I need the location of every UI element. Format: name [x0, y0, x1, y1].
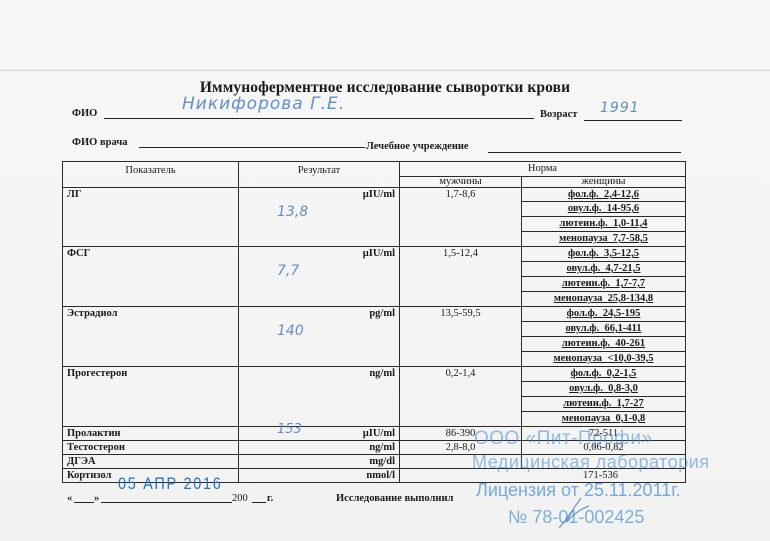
- header-women: женщины: [522, 177, 686, 188]
- result-cell[interactable]: ng/ml: [239, 441, 400, 455]
- document-title: Иммуноферментное исследование сыворотки …: [0, 79, 770, 97]
- institution-label: Лечебное учреждение: [366, 141, 469, 152]
- men-norm: 13,5-59,5: [400, 307, 522, 367]
- indicator-name: ЛГ: [63, 188, 239, 247]
- women-norm: менопауза 25,8-134,8: [522, 292, 686, 307]
- header-result: Результат: [239, 162, 400, 188]
- phase-range: 2,4-12,6: [604, 189, 639, 200]
- date-open-quote: «: [67, 493, 72, 504]
- women-norm: овул.ф. 0,8-3,0: [522, 382, 686, 397]
- phase-range: 0,1-0,8: [616, 413, 646, 424]
- date-month-blank[interactable]: [101, 490, 232, 503]
- unit-label: µIU/ml: [243, 247, 395, 260]
- unit-label: ng/ml: [243, 367, 395, 380]
- phase-range: 24,5-195: [603, 308, 641, 319]
- result-value[interactable]: 153: [277, 423, 302, 436]
- unit-label: mg/dl: [243, 455, 395, 468]
- phase-label: фол.ф.: [571, 368, 607, 379]
- phase-label: овул.ф.: [569, 383, 608, 394]
- women-norm: фол.ф. 2,4-12,6: [522, 188, 686, 202]
- phase-label: лютеин.ф.: [560, 218, 613, 229]
- page-edge-line: [0, 70, 770, 71]
- phase-range: 1,7-7,7: [615, 278, 645, 289]
- phase-range: <10,0-39,5: [607, 353, 653, 364]
- women-norm: лютеин.ф. 1,0-11,4: [522, 217, 686, 232]
- women-norm: лютеин.ф. 1,7-7,7: [522, 277, 686, 292]
- phase-label: фол.ф.: [567, 308, 603, 319]
- phase-label: овул.ф.: [567, 263, 606, 274]
- women-norm: овул.ф. 4,7-21,5: [522, 262, 686, 277]
- phase-label: фол.ф.: [568, 189, 604, 200]
- unit-label: nmol/l: [243, 469, 395, 482]
- women-norm: овул.ф. 14-95,6: [522, 202, 686, 217]
- doctor-label: ФИО врача: [72, 137, 128, 148]
- indicator-name: Прогестерон: [63, 367, 239, 427]
- indicator-name: ФСГ: [63, 247, 239, 307]
- indicator-name: ДГЭА: [63, 455, 239, 469]
- women-norm: овул.ф. 66,1-411: [522, 322, 686, 337]
- result-value[interactable]: 13,8: [277, 206, 308, 219]
- phase-range: 7,7-58,5: [613, 233, 648, 244]
- phase-label: лютеин.ф.: [563, 398, 616, 409]
- lab-stamp-line2: Медицинская лаборатория: [472, 452, 710, 473]
- table-row: ФСГµIU/ml7,71,5-12,4фол.ф. 3,5-12,5: [63, 247, 686, 262]
- phase-range: 0,2-1,5: [607, 368, 637, 379]
- signature-mark: [555, 492, 595, 532]
- phase-label: лютеин.ф.: [562, 278, 615, 289]
- result-cell[interactable]: nmol/l: [239, 469, 400, 483]
- phase-range: 1,0-11,4: [613, 218, 647, 229]
- header-men: мужчины: [400, 177, 522, 188]
- age-label: Возраст: [540, 109, 577, 120]
- table-header-row: Показатель Результат Норма: [63, 162, 686, 177]
- phase-label: менопауза: [553, 353, 607, 364]
- result-cell[interactable]: µIU/ml7,7: [239, 247, 400, 307]
- table-row: Эстрадиолpg/ml14013,5-59,5фол.ф. 24,5-19…: [63, 307, 686, 322]
- result-cell[interactable]: mg/dl: [239, 455, 400, 469]
- date-close-quote: »: [94, 493, 99, 504]
- men-norm: 1,5-12,4: [400, 247, 522, 307]
- women-norm: менопауза <10,0-39,5: [522, 352, 686, 367]
- phase-label: фол.ф.: [568, 248, 604, 259]
- phase-range: 1,7-27: [617, 398, 644, 409]
- women-norm: менопауза 0,1-0,8: [522, 412, 686, 427]
- phase-label: лютеин.ф.: [562, 338, 615, 349]
- women-norm: лютеин.ф. 40-261: [522, 337, 686, 352]
- document-page: Иммуноферментное исследование сыворотки …: [0, 0, 770, 541]
- women-norm: фол.ф. 3,5-12,5: [522, 247, 686, 262]
- fio-value[interactable]: Никифорова Г.Е.: [182, 94, 345, 114]
- phase-label: менопауза: [559, 233, 613, 244]
- date-day-blank[interactable]: [74, 490, 94, 503]
- date-year-prefix: 200: [232, 493, 248, 504]
- unit-label: pg/ml: [243, 307, 395, 320]
- phase-range: 0,8-3,0: [608, 383, 638, 394]
- women-norm: фол.ф. 24,5-195: [522, 307, 686, 322]
- men-norm: 0,2-1,4: [400, 367, 522, 427]
- men-norm: 1,7-8,6: [400, 188, 522, 247]
- result-cell[interactable]: µIU/ml153: [239, 427, 400, 441]
- date-year-suffix: г.: [267, 493, 273, 504]
- result-value[interactable]: 140: [277, 325, 304, 338]
- women-norm: фол.ф. 0,2-1,5: [522, 367, 686, 382]
- women-norm: лютеин.ф. 1,7-27: [522, 397, 686, 412]
- phase-range: 66,1-411: [604, 323, 641, 334]
- phase-label: менопауза: [554, 293, 608, 304]
- table-row: ЛГµIU/ml13,81,7-8,6фол.ф. 2,4-12,6: [63, 188, 686, 202]
- lab-stamp-line1: ООО «Пит-Профи»: [474, 428, 653, 450]
- header-indicator: Показатель: [63, 162, 239, 188]
- indicator-name: Эстрадиол: [63, 307, 239, 367]
- doctor-underline[interactable]: [139, 135, 365, 148]
- fio-label: ФИО: [72, 108, 97, 119]
- result-value[interactable]: 7,7: [277, 265, 299, 278]
- performed-by-label: Исследование выполнил: [336, 493, 453, 504]
- phase-range: 3,5-12,5: [604, 248, 639, 259]
- women-norm: менопауза 7,7-58,5: [522, 232, 686, 247]
- phase-range: 14-95,6: [607, 203, 639, 214]
- result-cell[interactable]: ng/ml: [239, 367, 400, 427]
- indicator-name: Тестостерон: [63, 441, 239, 455]
- result-cell[interactable]: pg/ml140: [239, 307, 400, 367]
- phase-range: 40-261: [615, 338, 645, 349]
- phase-label: овул.ф.: [566, 323, 605, 334]
- indicator-name: Пролактин: [63, 427, 239, 441]
- institution-underline[interactable]: [488, 140, 681, 153]
- phase-label: менопауза: [562, 413, 616, 424]
- table-row: Прогестеронng/ml0,2-1,4фол.ф. 0,2-1,5: [63, 367, 686, 382]
- unit-label: µIU/ml: [243, 427, 395, 440]
- phase-range: 4,7-21,5: [605, 263, 640, 274]
- age-value[interactable]: 1991: [600, 100, 640, 116]
- phase-label: овул.ф.: [568, 203, 607, 214]
- unit-label: µIU/ml: [243, 188, 395, 201]
- header-norm: Норма: [400, 162, 686, 177]
- result-cell[interactable]: µIU/ml13,8: [239, 188, 400, 247]
- phase-range: 25,8-134,8: [608, 293, 654, 304]
- unit-label: ng/ml: [243, 441, 395, 454]
- date-year-blank[interactable]: [252, 490, 266, 503]
